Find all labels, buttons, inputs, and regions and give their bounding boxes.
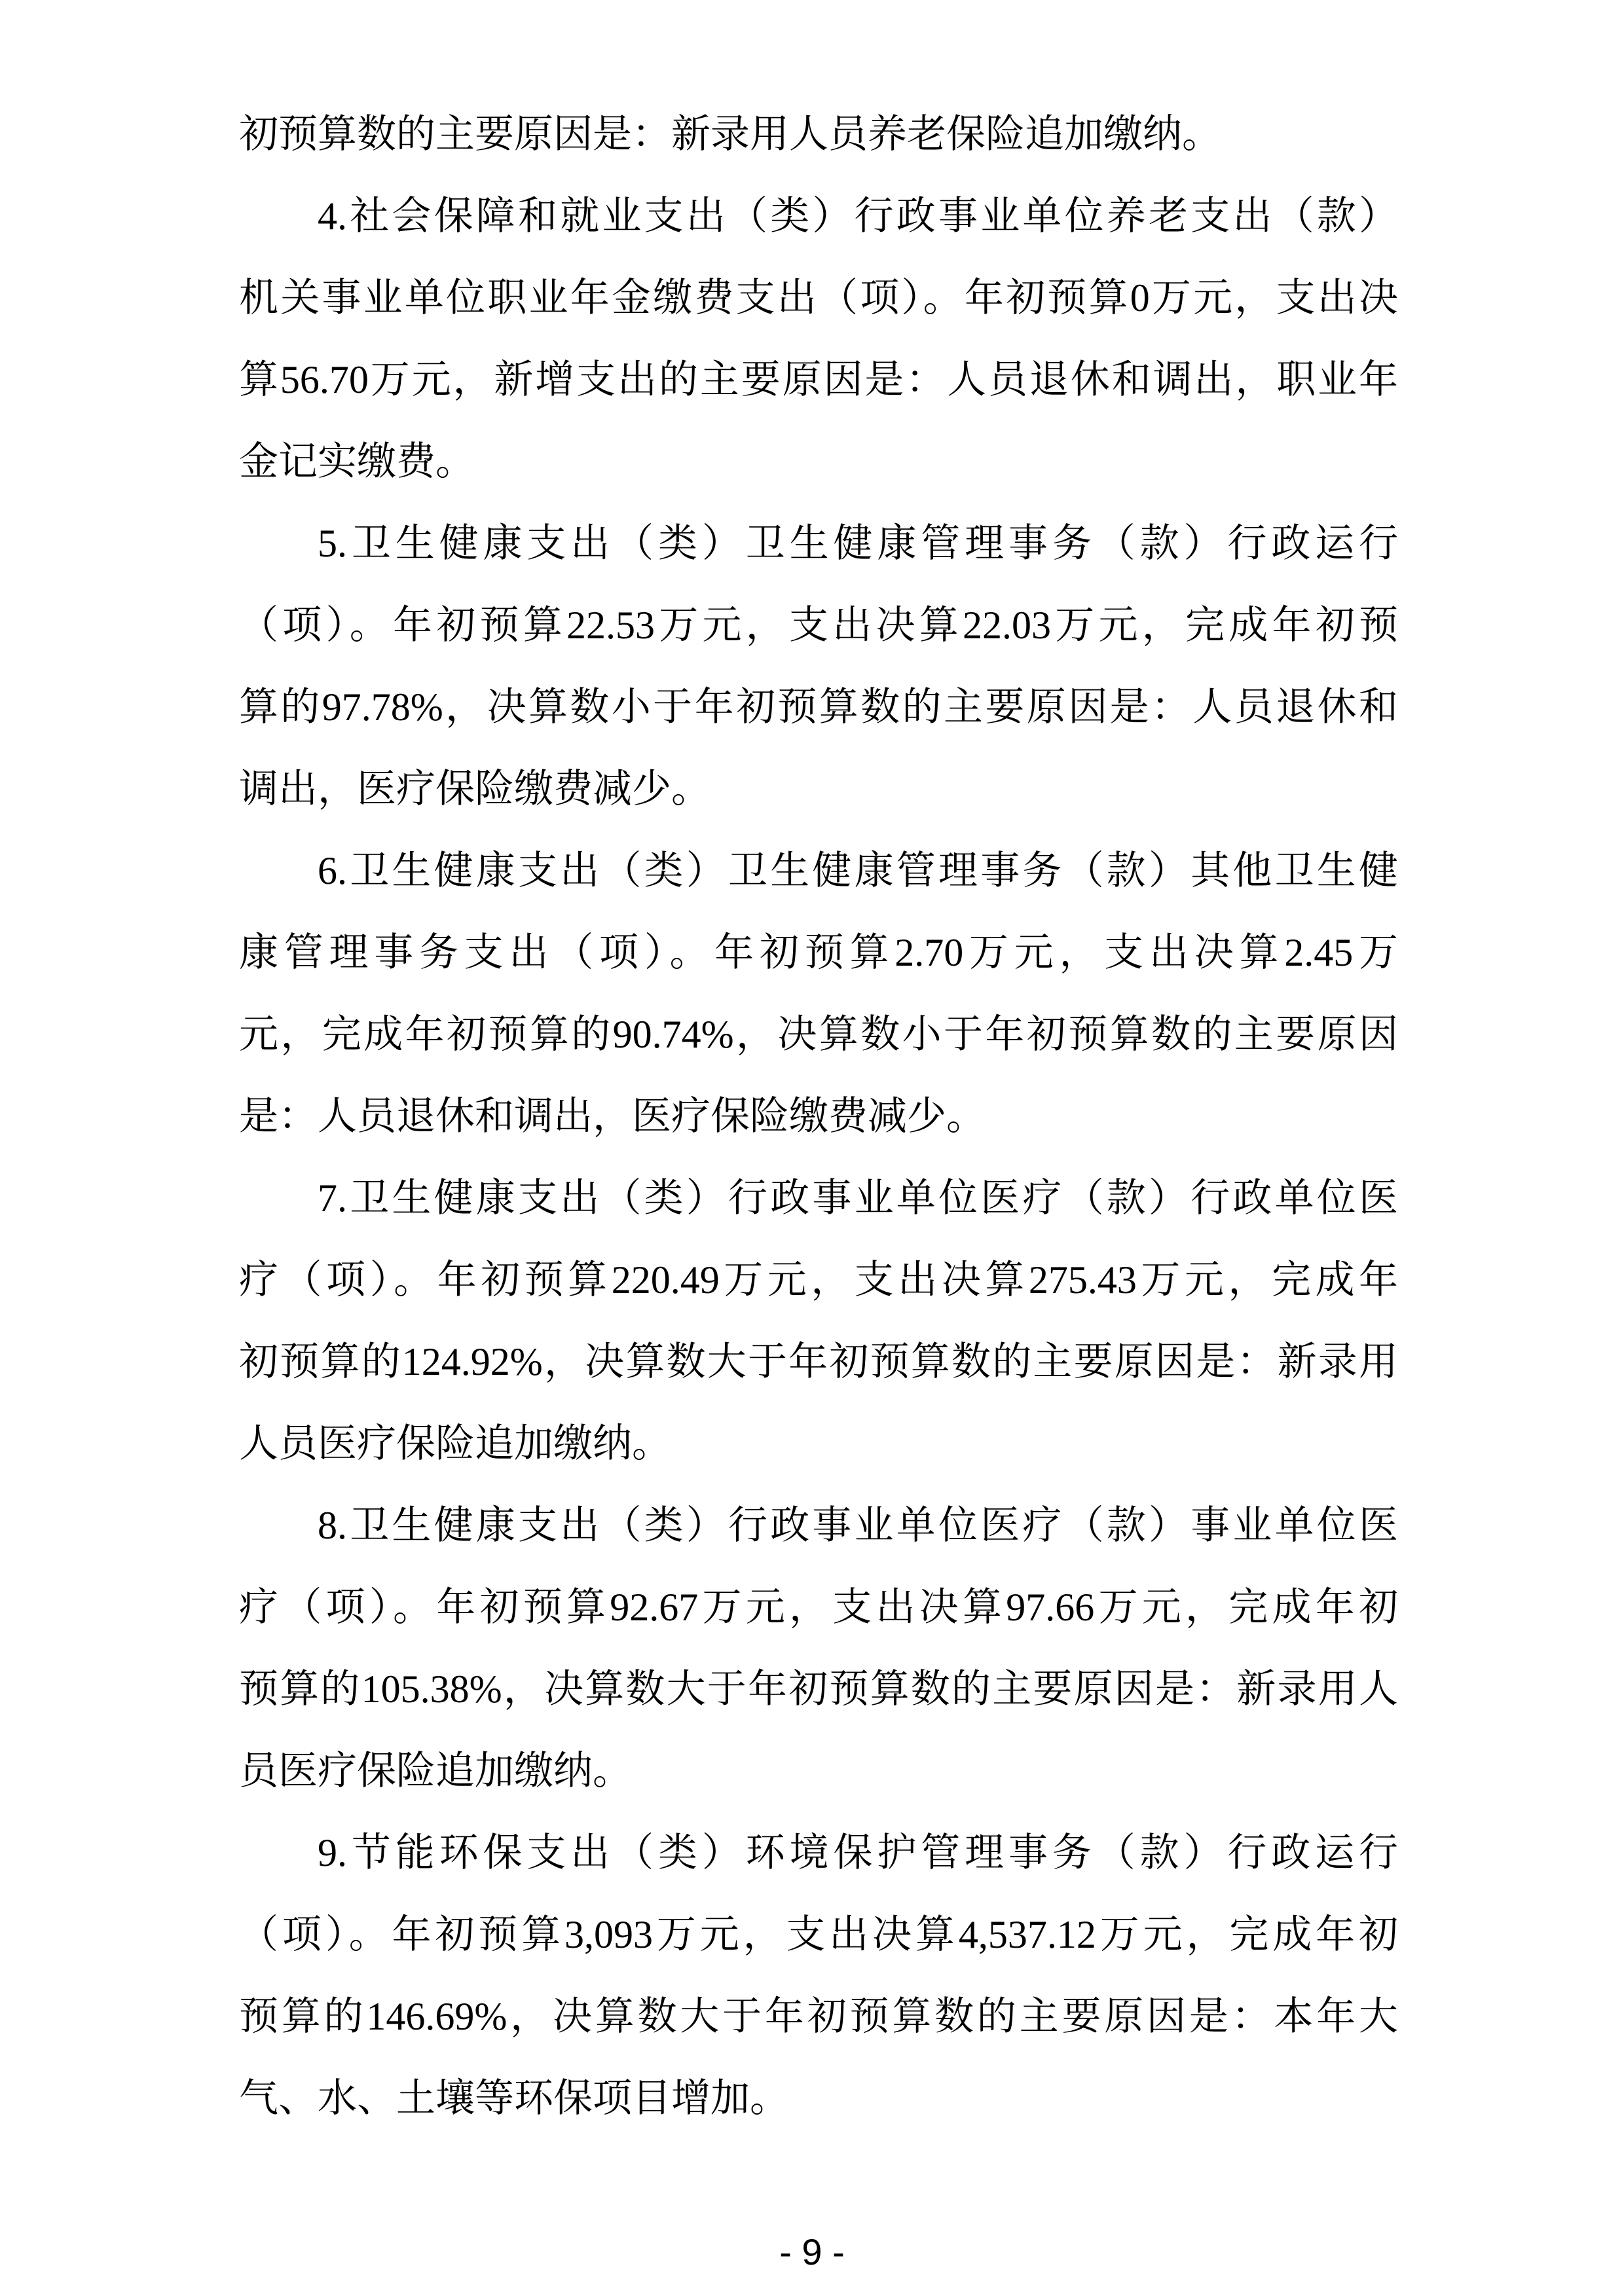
document-body: 初预算数的主要原因是：新录用人员养老保险追加缴纳。4.社会保障和就业支出（类）行… (239, 94, 1398, 2140)
text-line: 初预算数的主要原因是：新录用人员养老保险追加缴纳。 (239, 94, 1398, 175)
text-line: 预算的146.69%，决算数大于年初预算数的主要原因是：本年大 (239, 1976, 1398, 2058)
text-line: 员医疗保险追加缴纳。 (239, 1730, 1398, 1812)
text-line: 机关事业单位职业年金缴费支出（项）。年初预算0万元，支出决 (239, 257, 1398, 339)
text-line: 气、水、土壤等环保项目增加。 (239, 2058, 1398, 2140)
text-line: 元，完成年初预算的90.74%，决算数小于年初预算数的主要原因 (239, 994, 1398, 1076)
text-line: 算的97.78%，决算数小于年初预算数的主要原因是：人员退休和 (239, 666, 1398, 748)
text-line: 人员医疗保险追加缴纳。 (239, 1403, 1398, 1485)
text-line: 4.社会保障和就业支出（类）行政事业单位养老支出（款） (239, 175, 1398, 257)
text-line: 7.卫生健康支出（类）行政事业单位医疗（款）行政单位医 (239, 1157, 1398, 1239)
text-line: 8.卫生健康支出（类）行政事业单位医疗（款）事业单位医 (239, 1485, 1398, 1567)
text-line: 康管理事务支出（项）。年初预算2.70万元，支出决算2.45万 (239, 912, 1398, 994)
text-line: 疗（项）。年初预算220.49万元，支出决算275.43万元，完成年 (239, 1239, 1398, 1321)
text-line: 调出，医疗保险缴费减少。 (239, 748, 1398, 830)
text-line: 9.节能环保支出（类）环境保护管理事务（款）行政运行 (239, 1812, 1398, 1894)
text-line: 算56.70万元，新增支出的主要原因是：人员退休和调出，职业年 (239, 339, 1398, 421)
page-footer: - 9 - (0, 2226, 1624, 2278)
text-line: 金记实缴费。 (239, 421, 1398, 503)
text-line: （项）。年初预算22.53万元，支出决算22.03万元，完成年初预 (239, 585, 1398, 666)
text-line: 疗（项）。年初预算92.67万元，支出决算97.66万元，完成年初 (239, 1567, 1398, 1649)
page-number: - 9 - (779, 2231, 845, 2272)
text-line: （项）。年初预算3,093万元，支出决算4,537.12万元，完成年初 (239, 1894, 1398, 1976)
text-line: 6.卫生健康支出（类）卫生健康管理事务（款）其他卫生健 (239, 830, 1398, 912)
text-line: 初预算的124.92%，决算数大于年初预算数的主要原因是：新录用 (239, 1321, 1398, 1403)
text-line: 预算的105.38%，决算数大于年初预算数的主要原因是：新录用人 (239, 1649, 1398, 1730)
text-line: 5.卫生健康支出（类）卫生健康管理事务（款）行政运行 (239, 503, 1398, 585)
document-page: 初预算数的主要原因是：新录用人员养老保险追加缴纳。4.社会保障和就业支出（类）行… (0, 0, 1624, 2296)
text-line: 是：人员退休和调出，医疗保险缴费减少。 (239, 1076, 1398, 1157)
